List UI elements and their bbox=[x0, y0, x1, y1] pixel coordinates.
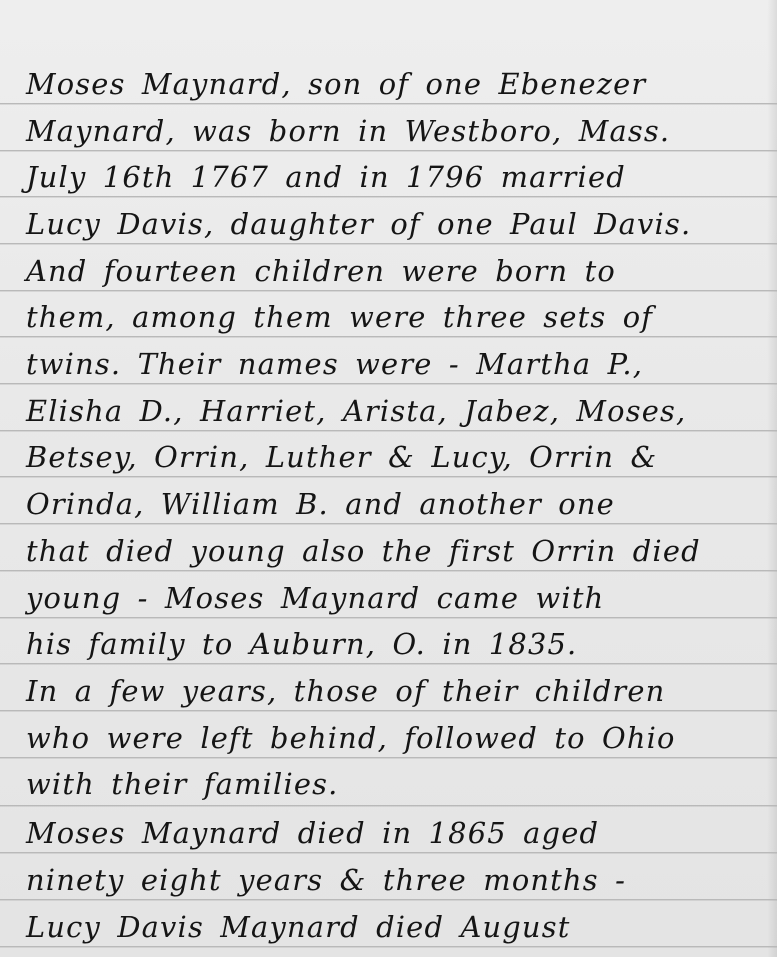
text-line-4: Lucy Davis, daughter of one Paul Davis. bbox=[26, 201, 761, 247]
text-line-19: Lucy Davis Maynard died August bbox=[26, 904, 761, 950]
text-line-13: his family to Auburn, O. in 1835. bbox=[26, 621, 761, 667]
text-line-17: Moses Maynard died in 1865 aged bbox=[26, 810, 761, 856]
text-line-15: who were left behind, followed to Ohio bbox=[26, 715, 761, 761]
text-line-1: Moses Maynard, son of one Ebenezer bbox=[26, 61, 761, 107]
text-line-8: Elisha D., Harriet, Arista, Jabez, Moses… bbox=[26, 388, 761, 434]
text-line-9: Betsey, Orrin, Luther & Lucy, Orrin & bbox=[26, 434, 761, 480]
text-line-16: with their families. bbox=[26, 761, 761, 807]
text-line-14: In a few years, those of their children bbox=[26, 668, 761, 714]
text-line-5: And fourteen children were born to bbox=[26, 248, 761, 294]
text-line-7: twins. Their names were - Martha P., bbox=[26, 341, 761, 387]
text-line-12: young - Moses Maynard came with bbox=[26, 575, 761, 621]
text-line-3: July 16th 1767 and in 1796 married bbox=[26, 154, 761, 200]
page-edge-shadow bbox=[767, 0, 777, 957]
text-line-10: Orinda, William B. and another one bbox=[26, 481, 761, 527]
handwritten-page: Moses Maynard, son of one Ebenezer Mayna… bbox=[0, 0, 777, 957]
text-line-11: that died young also the first Orrin die… bbox=[26, 528, 761, 574]
text-line-2: Maynard, was born in Westboro, Mass. bbox=[26, 108, 761, 154]
text-line-18: ninety eight years & three months - bbox=[26, 857, 761, 903]
text-line-6: them, among them were three sets of bbox=[26, 294, 761, 340]
